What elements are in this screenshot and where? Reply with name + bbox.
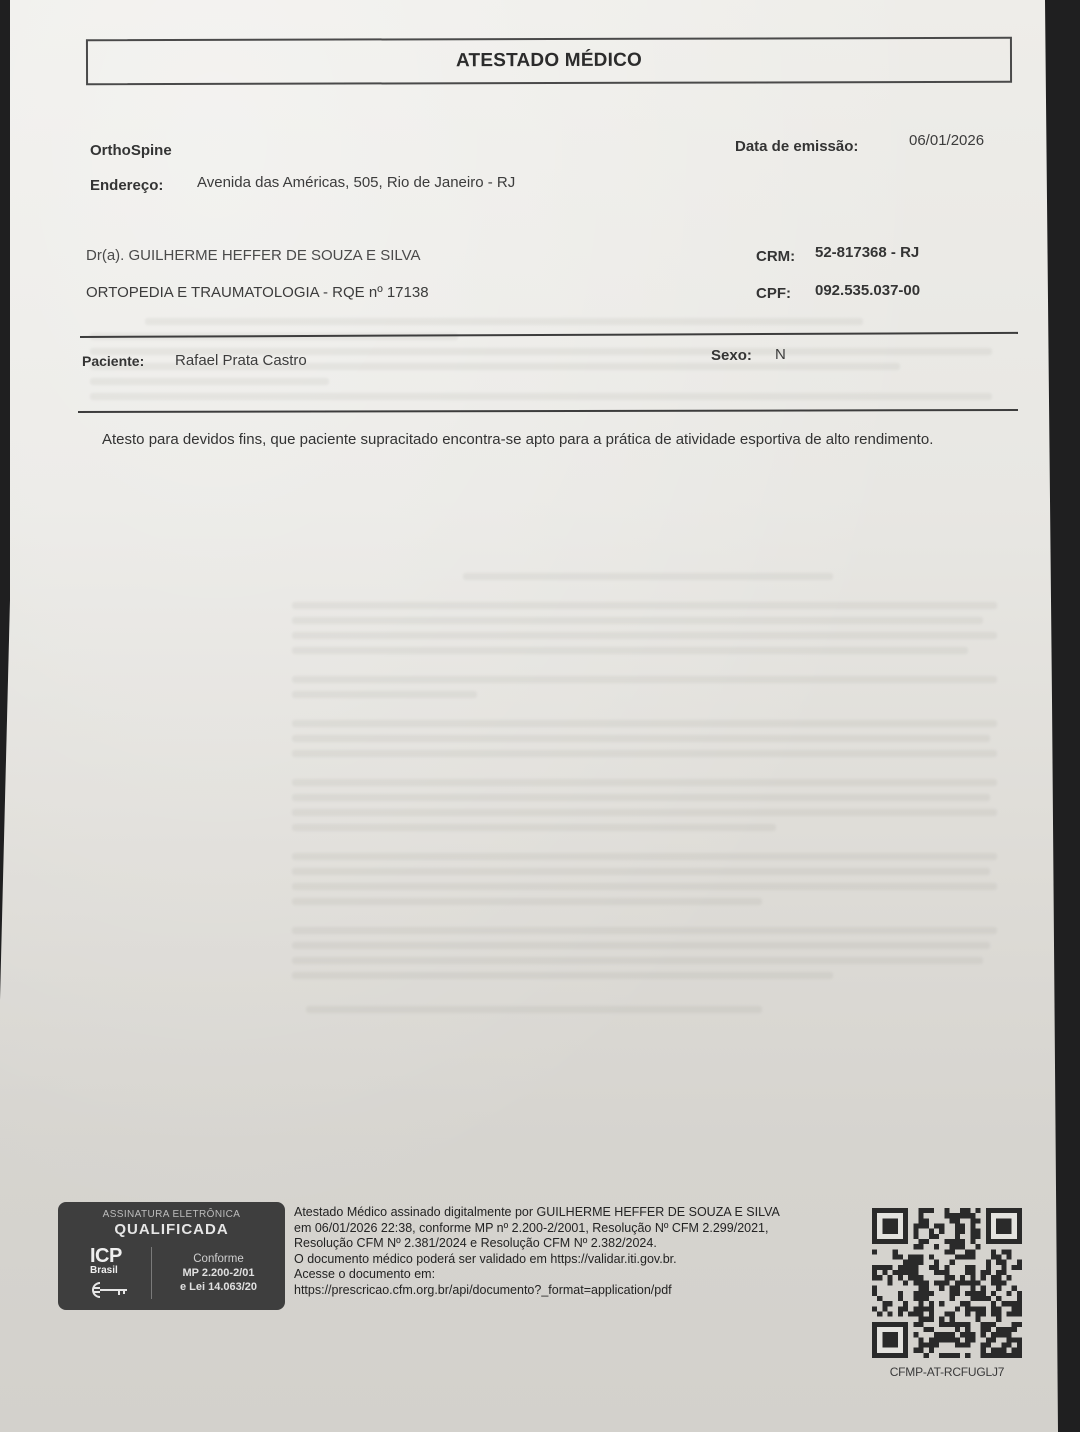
badge-title: QUALIFICADA xyxy=(58,1221,285,1238)
issue-date-label: Data de emissão: xyxy=(735,138,858,155)
badge-top-line: ASSINATURA ELETRÔNICA xyxy=(58,1209,285,1220)
signature-line: Atestado Médico assinado digitalmente po… xyxy=(294,1205,864,1221)
document-title: ATESTADO MÉDICO xyxy=(456,50,642,72)
doctor-specialty: ORTOPEDIA E TRAUMATOLOGIA - RQE nº 17138 xyxy=(86,284,429,301)
clinic-name: OrthoSpine xyxy=(90,142,172,159)
badge-legal-basis: Conforme MP 2.200-2/01 e Lei 14.063/20 xyxy=(156,1252,281,1294)
issue-date: 06/01/2026 xyxy=(909,132,984,149)
icp-brasil-logo: ICP Brasil xyxy=(90,1247,130,1276)
document-title-box: ATESTADO MÉDICO xyxy=(86,37,1012,85)
access-label: Acesse o documento em: xyxy=(294,1267,864,1283)
badge-law-1: MP 2.200-2/01 xyxy=(156,1266,281,1280)
crm-label: CRM: xyxy=(756,248,795,265)
cpf-number: 092.535.037-00 xyxy=(815,282,920,299)
crm-number: 52-817368 - RJ xyxy=(815,244,919,261)
patient-name: Rafael Prata Castro xyxy=(175,352,307,369)
validation-line: O documento médico poderá ser validado e… xyxy=(294,1252,864,1268)
key-icon xyxy=(91,1281,129,1304)
certificate-text: Atesto para devidos fins, que paciente s… xyxy=(102,430,1018,450)
document-code: CFMP-AT-RCFUGLJ7 xyxy=(862,1365,1032,1379)
address-label: Endereço: xyxy=(90,177,163,194)
bleed-through-text xyxy=(292,565,1004,1020)
signature-line: Resolução CFM Nº 2.381/2024 e Resolução … xyxy=(294,1236,864,1252)
sex-value: N xyxy=(775,346,786,363)
signature-line: em 06/01/2026 22:38, conforme MP nº 2.20… xyxy=(294,1221,864,1237)
address: Avenida das Américas, 505, Rio de Janeir… xyxy=(197,174,515,191)
qr-code-icon xyxy=(872,1208,1022,1358)
cpf-label: CPF: xyxy=(756,285,791,302)
badge-conforme: Conforme xyxy=(156,1252,281,1266)
digital-signature-info: Atestado Médico assinado digitalmente po… xyxy=(294,1205,864,1298)
electronic-signature-badge: ASSINATURA ELETRÔNICA QUALIFICADA ICP Br… xyxy=(58,1202,285,1310)
brasil-text: Brasil xyxy=(90,1265,130,1276)
icp-text: ICP xyxy=(90,1247,130,1265)
sex-label: Sexo: xyxy=(711,347,752,364)
document-page: ATESTADO MÉDICO OrthoSpine Data de emiss… xyxy=(0,0,1080,1432)
patient-label: Paciente: xyxy=(82,353,144,369)
doctor-name: Dr(a). GUILHERME HEFFER DE SOUZA E SILVA xyxy=(86,247,421,264)
divider-line xyxy=(78,409,1018,413)
document-link[interactable]: https://prescricao.cfm.org.br/api/docume… xyxy=(294,1283,864,1299)
badge-law-2: e Lei 14.063/20 xyxy=(156,1280,281,1294)
badge-divider xyxy=(151,1247,152,1299)
